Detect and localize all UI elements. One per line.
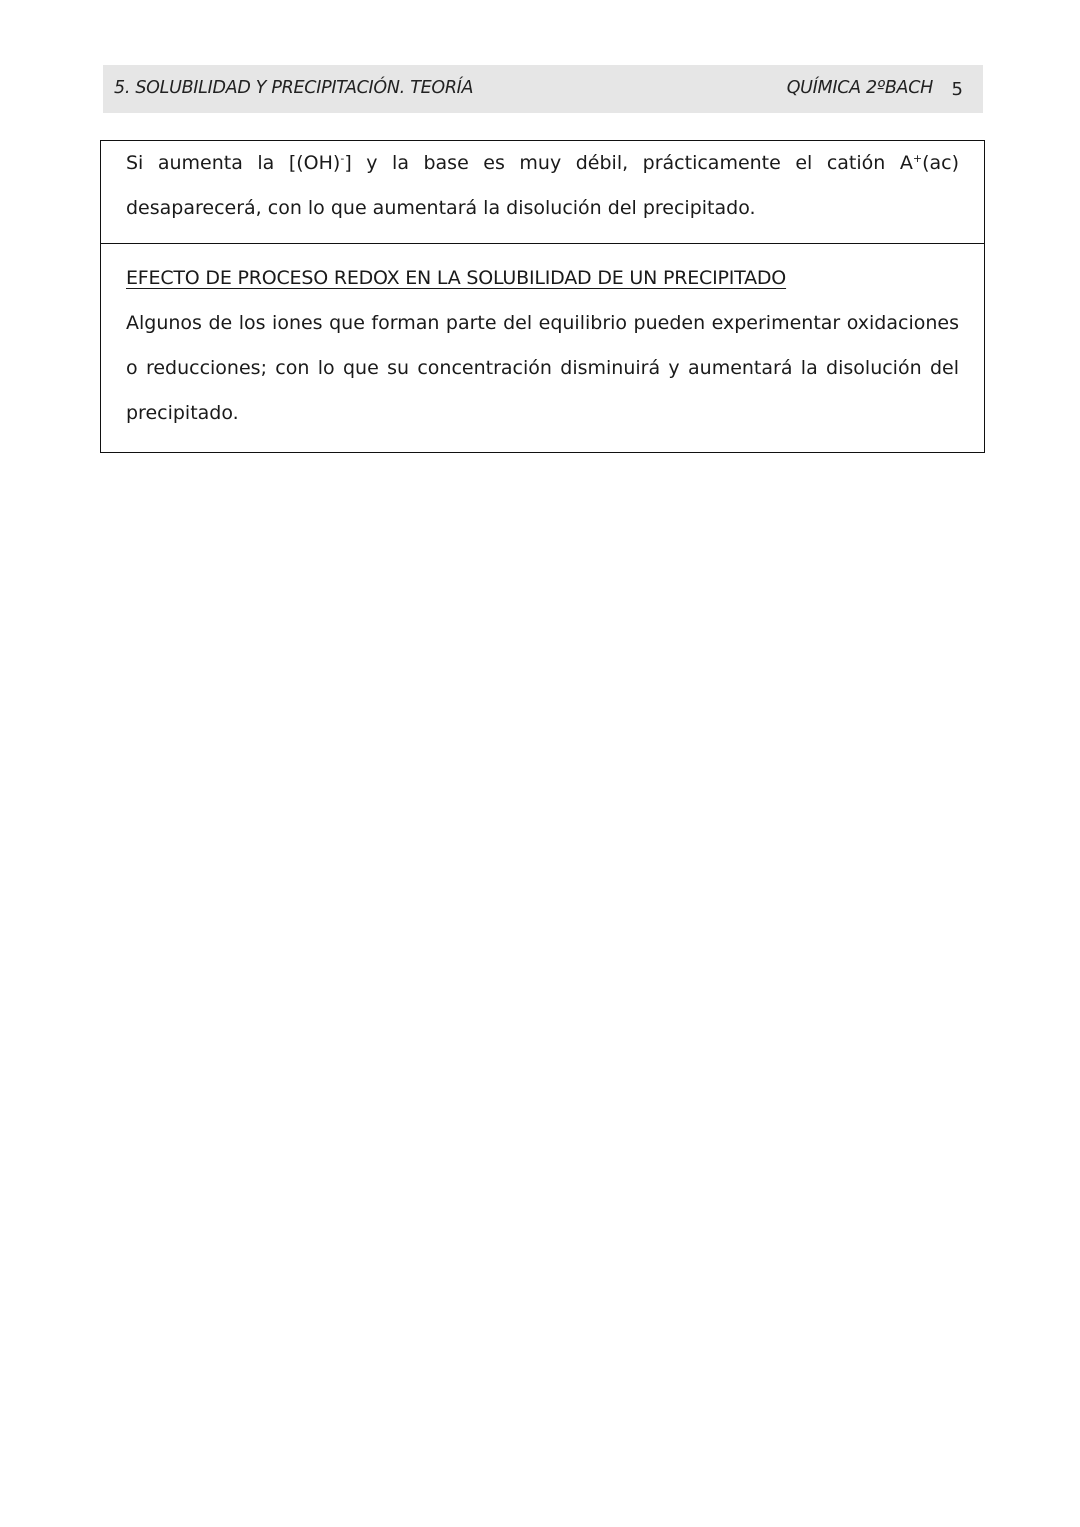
paragraph-line: desaparecerá, con lo que aumentará la di…	[126, 186, 959, 231]
section-title: 5. SOLUBILIDAD Y PRECIPITACIÓN. TEORÍA	[114, 78, 473, 98]
page-number: 5	[952, 79, 963, 100]
hydroxide-effect-cell: Si aumenta la [(OH)-] y la base es muy d…	[101, 141, 985, 244]
text-fragment: ] y la base es muy débil, prácticamente …	[344, 152, 913, 174]
redox-effect-cell: EFECTO DE PROCESO REDOX EN LA SOLUBILIDA…	[101, 244, 985, 453]
subject-label: QUÍMICA 2ºBACH	[787, 78, 933, 98]
superscript-charge: +	[913, 152, 922, 165]
paragraph-line: Si aumenta la [(OH)-] y la base es muy d…	[126, 141, 959, 186]
text-fragment: (ac)	[922, 152, 959, 174]
page-header: 5. SOLUBILIDAD Y PRECIPITACIÓN. TEORÍA Q…	[103, 65, 983, 113]
paragraph-line: Algunos de los iones que forman parte de…	[126, 301, 959, 346]
paragraph-line: precipitado.	[126, 391, 959, 436]
paragraph-line: o reducciones; con lo que su concentraci…	[126, 346, 959, 391]
section-heading: EFECTO DE PROCESO REDOX EN LA SOLUBILIDA…	[126, 256, 959, 301]
text-fragment: Si aumenta la [(OH)	[126, 152, 340, 174]
table-row: Si aumenta la [(OH)-] y la base es muy d…	[101, 141, 985, 244]
content-table: Si aumenta la [(OH)-] y la base es muy d…	[100, 140, 985, 453]
table-row: EFECTO DE PROCESO REDOX EN LA SOLUBILIDA…	[101, 244, 985, 453]
